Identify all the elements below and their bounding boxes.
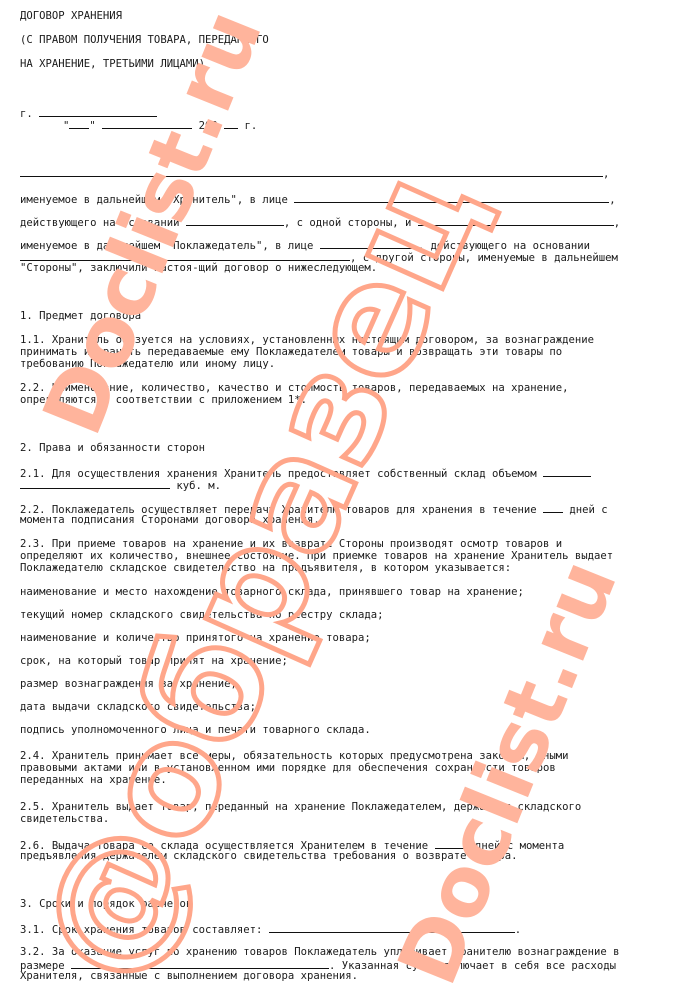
- fee-amount-blank[interactable]: [71, 958, 329, 969]
- party1-line: ,: [20, 166, 609, 180]
- clause-1-1: 1.1. Хранитель обязуется на условиях, ус…: [20, 334, 594, 346]
- party2-representative-blank[interactable]: [320, 238, 418, 249]
- warehouse-volume-blank-cont[interactable]: [20, 478, 170, 489]
- list-item: срок, на который товар принят на хранени…: [20, 655, 288, 667]
- clause-2-4: 2.4. Хранитель принимает все меры, обяза…: [20, 750, 569, 762]
- section2-heading: 2. Права и обязанности сторон: [20, 442, 205, 454]
- party2-name-blank[interactable]: [418, 215, 614, 226]
- day-blank[interactable]: [69, 118, 89, 129]
- contract-document: ДОГОВОР ХРАНЕНИЯ (С ПРАВОМ ПОЛУЧЕНИЯ ТОВ…: [0, 0, 700, 1000]
- return-days-blank[interactable]: [435, 838, 469, 849]
- parties-conclusion: "Стороны", заключили настоя-щий договор …: [20, 262, 377, 274]
- city-blank[interactable]: [39, 106, 157, 117]
- clause-3-2: 3.2. За оказание услуг по хранению товар…: [20, 946, 620, 958]
- clause-3-1: 3.1. Срок хранения товаров составляет: .: [20, 922, 521, 936]
- party1-representative-line: именуемое в дальнейшем "Хранитель", в ли…: [20, 192, 616, 206]
- year-blank[interactable]: [224, 118, 238, 129]
- party1-basis-line: действующего на основании , с одной стор…: [20, 215, 620, 229]
- section1-heading: 1. Предмет договора: [20, 310, 141, 322]
- city-prefix: г.: [20, 108, 33, 120]
- warehouse-volume-blank[interactable]: [543, 466, 591, 477]
- clause-1-2: 2.2. Наименование, количество, качество …: [20, 382, 569, 394]
- party2-basis-blank[interactable]: [20, 250, 350, 261]
- list-item: подпись уполномоченного лица и печати то…: [20, 724, 371, 736]
- party1-name-blank[interactable]: [20, 166, 603, 177]
- list-item: наименование и количество принятого на х…: [20, 632, 371, 644]
- doc-subtitle-line-2: НА ХРАНЕНИЕ, ТРЕТЬИМИ ЛИЦАМИ): [20, 58, 205, 70]
- list-item: текущий номер складского свидетельства п…: [20, 609, 384, 621]
- storage-term-blank[interactable]: [269, 922, 515, 933]
- list-item: дата выдачи складского свидетельства;: [20, 701, 256, 713]
- party1-basis-blank[interactable]: [186, 215, 284, 226]
- section3-heading: 3. Сроки и порядок расчетов: [20, 898, 192, 910]
- doc-subtitle-line-1: (С ПРАВОМ ПОЛУЧЕНИЯ ТОВАРА, ПЕРЕДАННОГО: [20, 34, 269, 46]
- clause-2-5: 2.5. Хранитель выдает товар, переданный …: [20, 801, 581, 813]
- party1-representative-blank[interactable]: [294, 192, 609, 203]
- month-blank[interactable]: [102, 118, 192, 129]
- doc-title: ДОГОВОР ХРАНЕНИЯ: [20, 10, 122, 22]
- list-item: наименование и место нахождение товарног…: [20, 586, 524, 598]
- list-item: размер вознаграждения за хранение;: [20, 678, 237, 690]
- clause-2-3: 2.3. При приеме товаров на хранение и их…: [20, 538, 562, 550]
- transfer-days-blank[interactable]: [543, 502, 563, 513]
- date-line: "" 200 г.: [63, 118, 257, 132]
